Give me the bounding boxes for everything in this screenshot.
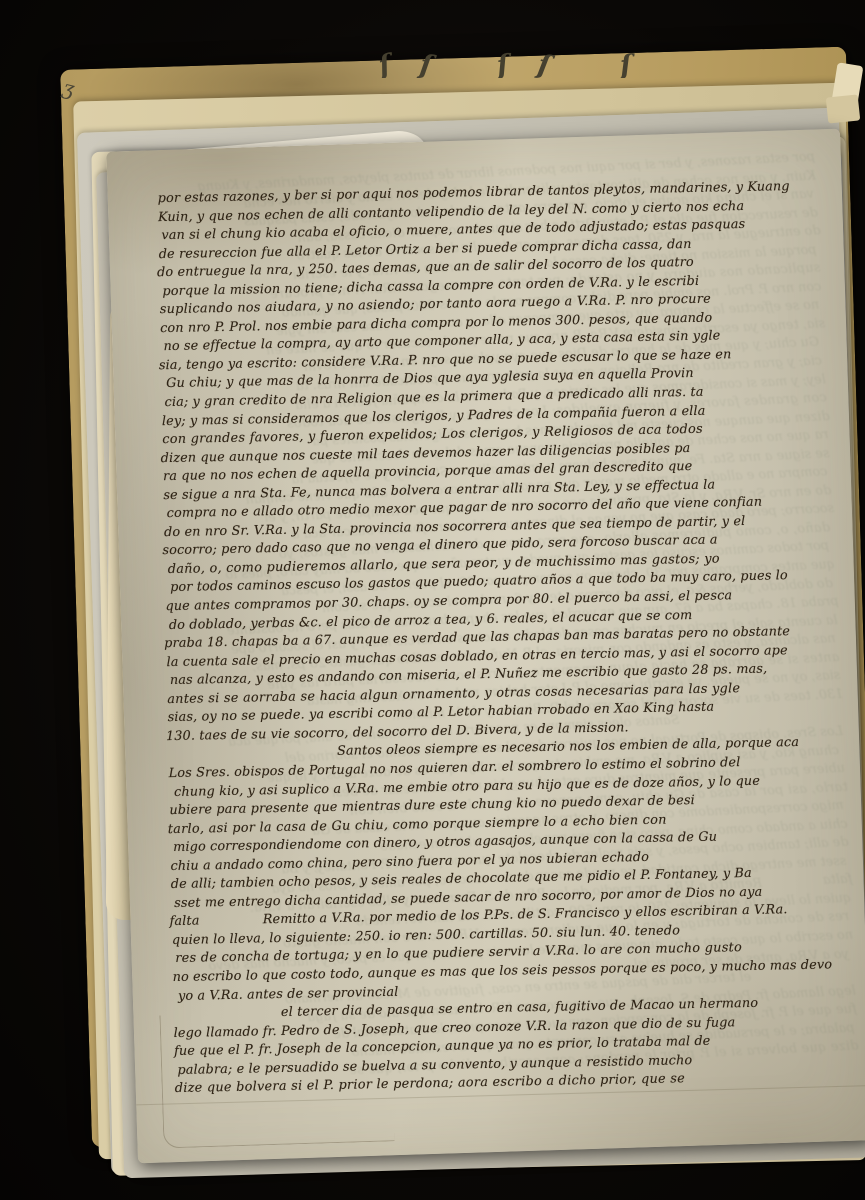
ink-hook-mark: ſ <box>495 49 510 78</box>
manuscript-page: por estas razones, y ber si por aqui nos… <box>106 129 865 1164</box>
ink-hook-mark: ſ <box>535 49 552 78</box>
ink-hook-mark: ſ <box>418 49 434 78</box>
ink-marks-on-under-sheet: ſ ſ ſ ſ ſ <box>356 46 865 78</box>
manuscript-text: por estas razones, y ber si por aqui nos… <box>158 177 837 1098</box>
photo-backdrop: ſ ſ ſ ſ ſ ʒ por estas razones, y ber si … <box>0 0 865 1200</box>
protruding-page-corner <box>826 94 861 123</box>
fold-crease <box>159 1008 394 1148</box>
ink-hook-mark: ſ <box>376 49 394 78</box>
ink-hook-mark: ſ <box>619 50 633 78</box>
